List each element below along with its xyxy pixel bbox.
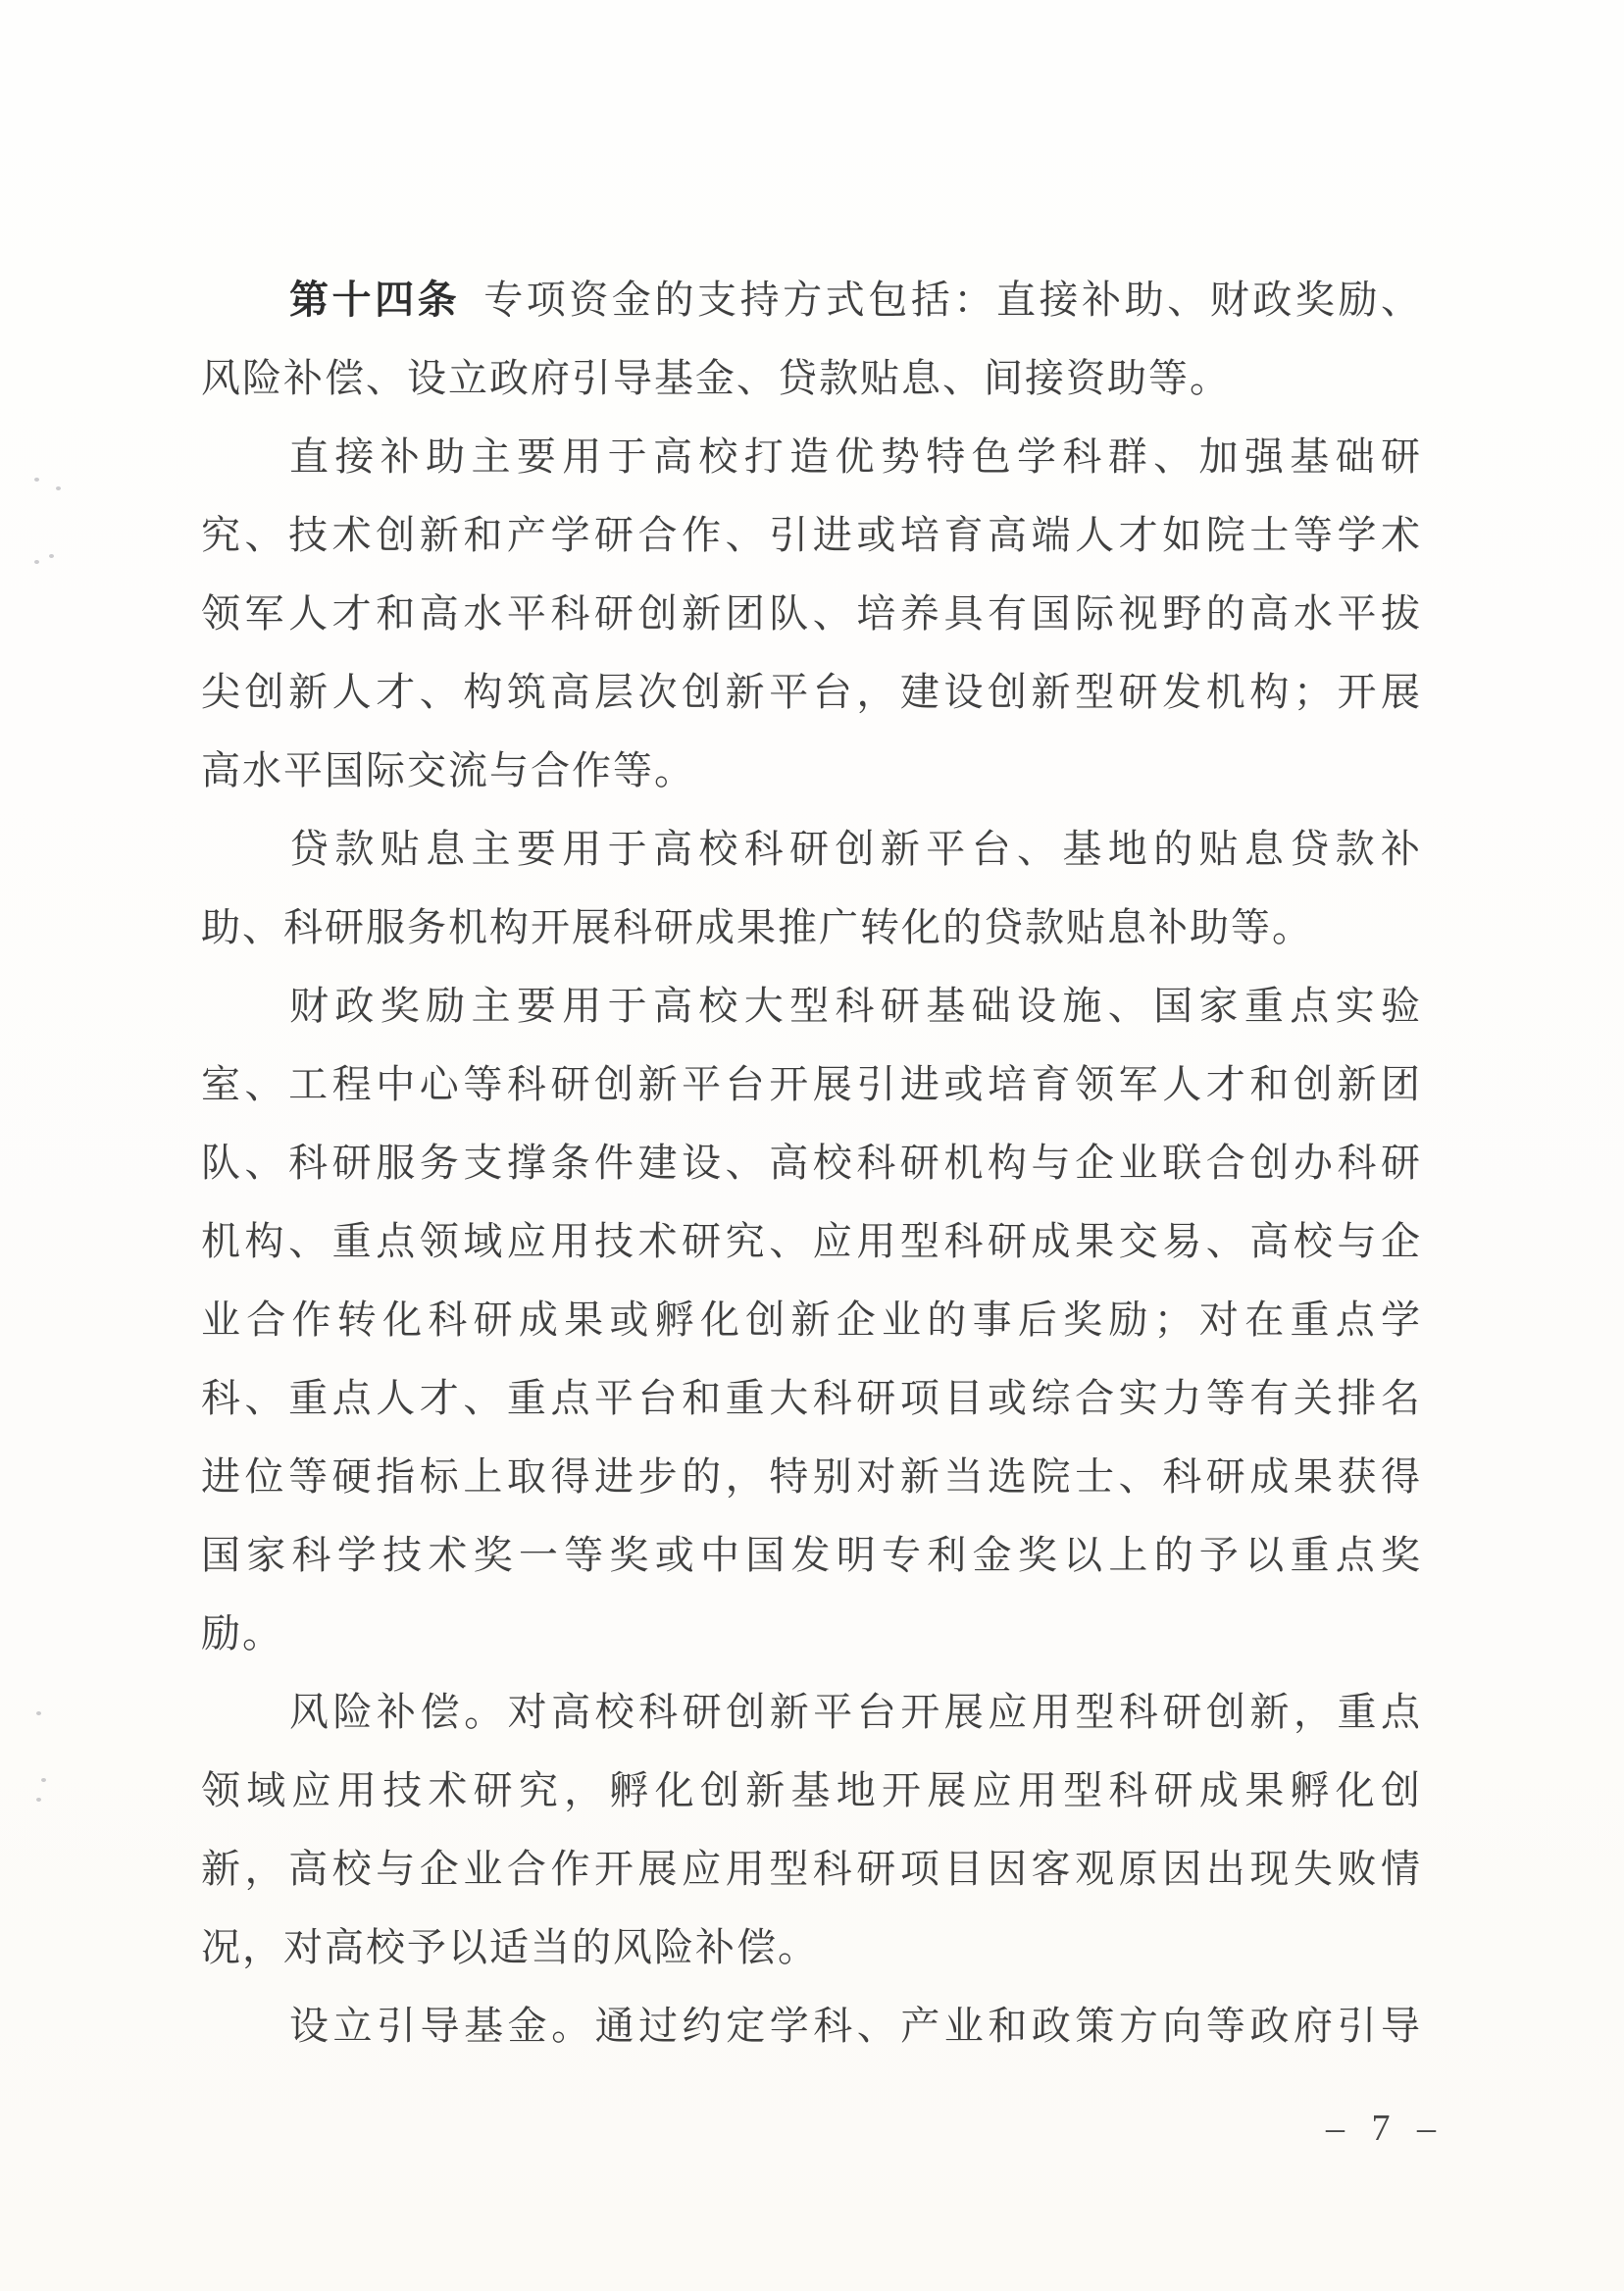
- text-line: 助、科研服务机构开展科研成果推广转化的贷款贴息补助等。: [201, 903, 1422, 982]
- text-line: 第十四条专项资金的支持方式包括：直接补助、财政奖励、: [201, 276, 1422, 354]
- text-line: 设立引导基金。通过约定学科、产业和政策方向等政府引导: [201, 2002, 1422, 2080]
- paragraph-article-14: 第十四条专项资金的支持方式包括：直接补助、财政奖励、 风险补偿、设立政府引导基金…: [201, 276, 1422, 433]
- article-number-heading: 第十四条: [289, 279, 460, 322]
- paragraph-guidance-fund: 设立引导基金。通过约定学科、产业和政策方向等政府引导: [201, 2002, 1422, 2080]
- scan-artifact: [49, 554, 54, 558]
- scan-artifact: [36, 1798, 41, 1802]
- text-line: 队、科研服务支撑条件建设、高校科研机构与企业联合创办科研: [201, 1139, 1422, 1217]
- scan-artifact: [34, 560, 39, 564]
- text-line: 领域应用技术研究，孵化创新基地开展应用型科研成果孵化创: [201, 1766, 1422, 1845]
- paragraph-loan-interest-subsidy: 贷款贴息主要用于高校科研创新平台、基地的贴息贷款补 助、科研服务机构开展科研成果…: [201, 825, 1422, 982]
- page-number: – 7 –: [1326, 2105, 1445, 2152]
- text-line: 况，对高校予以适当的风险补偿。: [201, 1923, 1422, 2002]
- scan-artifact: [34, 478, 39, 482]
- text-line: 领军人才和高水平科研创新团队、培养具有国际视野的高水平拔: [201, 589, 1422, 668]
- text-line: 风险补偿、设立政府引导基金、贷款贴息、间接资助等。: [201, 354, 1422, 433]
- scan-artifact: [36, 1711, 41, 1715]
- paragraph-direct-subsidy: 直接补助主要用于高校打造优势特色学科群、加强基础研 究、技术创新和产学研合作、引…: [201, 433, 1422, 825]
- scan-artifact: [56, 486, 61, 490]
- text-line: 直接补助主要用于高校打造优势特色学科群、加强基础研: [201, 433, 1422, 511]
- article-body: 第十四条专项资金的支持方式包括：直接补助、财政奖励、 风险补偿、设立政府引导基金…: [201, 276, 1422, 2080]
- scanned-document-page: 第十四条专项资金的支持方式包括：直接补助、财政奖励、 风险补偿、设立政府引导基金…: [0, 0, 1624, 2291]
- text-line: 尖创新人才、构筑高层次创新平台，建设创新型研发机构；开展: [201, 668, 1422, 746]
- text-line: 进位等硬指标上取得进步的，特别对新当选院士、科研成果获得: [201, 1452, 1422, 1531]
- text-line: 室、工程中心等科研创新平台开展引进或培育领军人才和创新团: [201, 1060, 1422, 1139]
- text-line: 新，高校与企业合作开展应用型科研项目因客观原因出现失败情: [201, 1845, 1422, 1923]
- text-line: 励。: [201, 1609, 1422, 1688]
- text-line: 科、重点人才、重点平台和重大科研项目或综合实力等有关排名: [201, 1374, 1422, 1452]
- text-line: 机构、重点领域应用技术研究、应用型科研成果交易、高校与企: [201, 1217, 1422, 1296]
- text-line: 业合作转化科研成果或孵化创新企业的事后奖励；对在重点学: [201, 1296, 1422, 1374]
- paragraph-fiscal-reward: 财政奖励主要用于高校大型科研基础设施、国家重点实验 室、工程中心等科研创新平台开…: [201, 982, 1422, 1688]
- text-line: 风险补偿。对高校科研创新平台开展应用型科研创新，重点: [201, 1688, 1422, 1766]
- text-line: 国家科学技术奖一等奖或中国发明专利金奖以上的予以重点奖: [201, 1531, 1422, 1609]
- scan-artifact: [41, 1778, 46, 1782]
- text-line-content: 专项资金的支持方式包括：直接补助、财政奖励、: [483, 278, 1422, 322]
- paragraph-risk-compensation: 风险补偿。对高校科研创新平台开展应用型科研创新，重点 领域应用技术研究，孵化创新…: [201, 1688, 1422, 2002]
- text-line: 财政奖励主要用于高校大型科研基础设施、国家重点实验: [201, 982, 1422, 1060]
- text-line: 高水平国际交流与合作等。: [201, 746, 1422, 825]
- text-line: 贷款贴息主要用于高校科研创新平台、基地的贴息贷款补: [201, 825, 1422, 903]
- text-line: 究、技术创新和产学研合作、引进或培育高端人才如院士等学术: [201, 511, 1422, 589]
